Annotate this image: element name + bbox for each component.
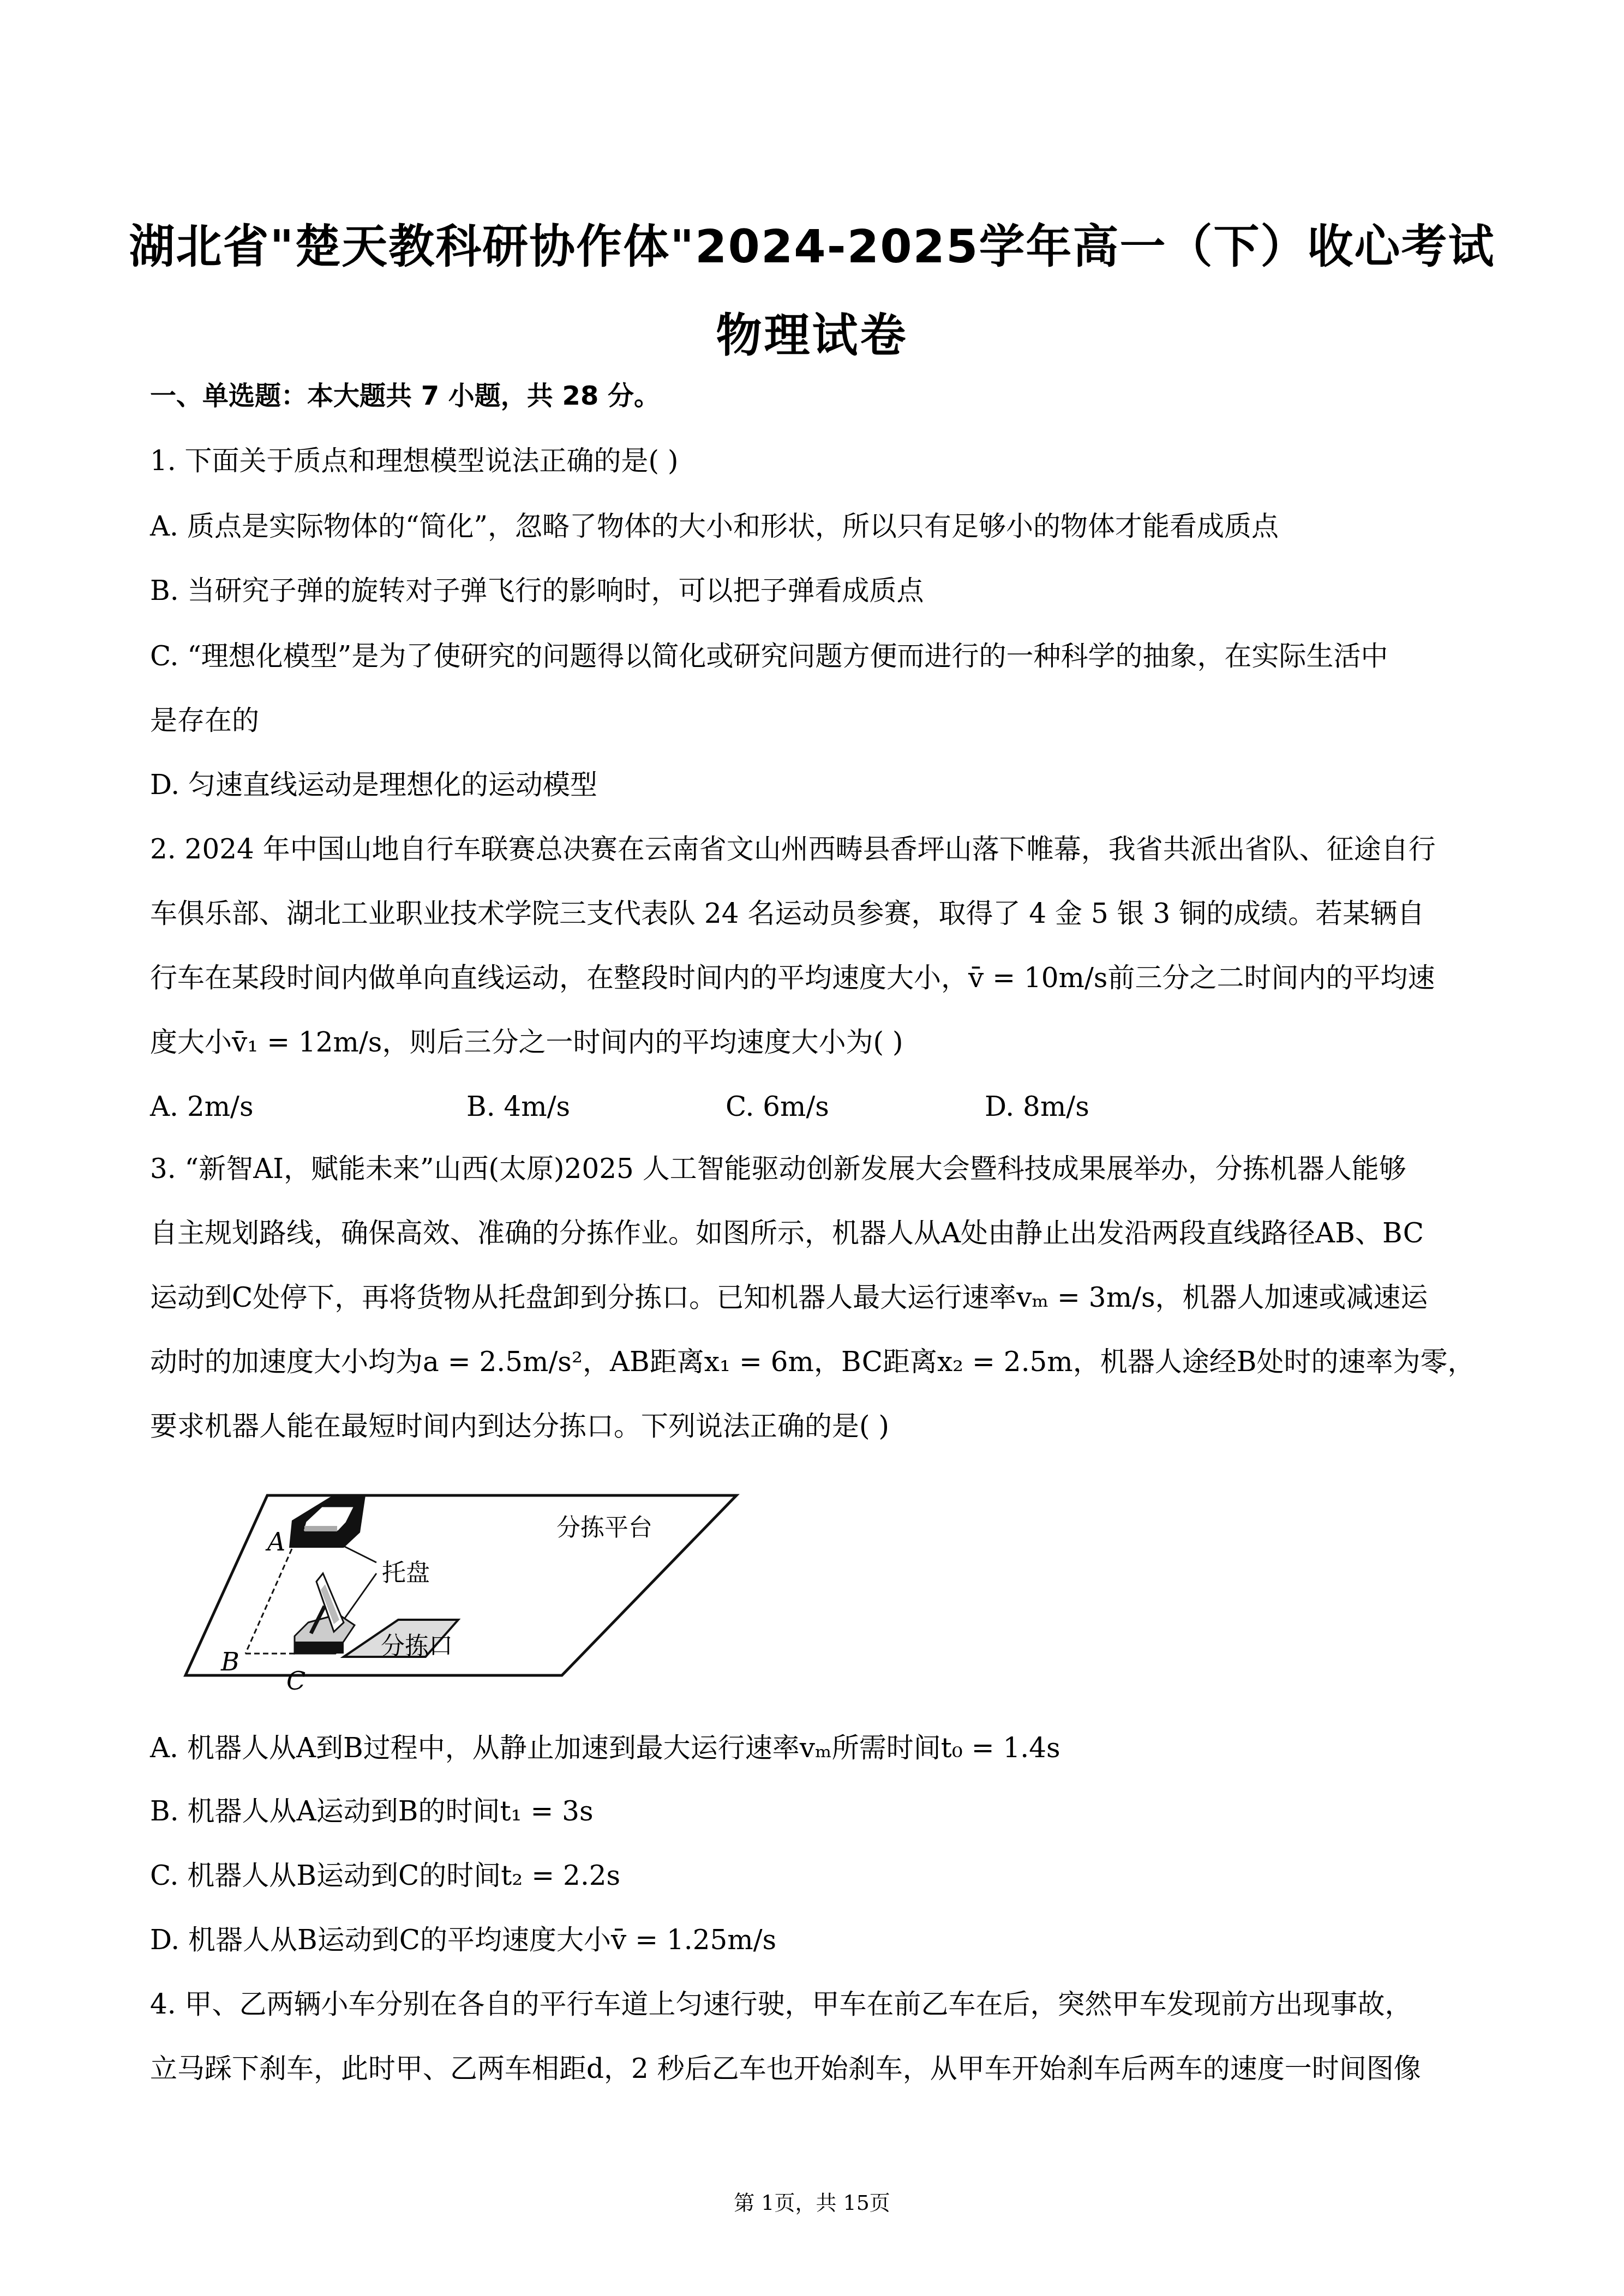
question-2-stem-line-4: 度大小v̄₁ = 12m/s，则后三分之一时间内的平均速度大小为( ): [150, 1029, 903, 1056]
question-2-option-c: C. 6m/s: [726, 1091, 829, 1122]
question-1-option-c-cont: 是存在的: [150, 707, 259, 734]
page-indicator: 第 1页，共 15页: [0, 2186, 1624, 2216]
question-4-stem-line-2: 立马踩下刹车，此时甲、乙两车相距d，2 秒后乙车也开始刹车，从甲车开始刹车后两车…: [150, 2055, 1421, 2082]
sorting-platform-figure: A B C 分拣平台 托盘 分拣口: [180, 1483, 758, 1691]
question-3-stem-line-2: 自主规划路线，确保高效、准确的分拣作业。如图所示，机器人从A处由静止出发沿两段直…: [150, 1219, 1424, 1247]
point-c-label: C: [286, 1666, 305, 1696]
question-3-stem-line-4: 动时的加速度大小均为a = 2.5m/s²，AB距离x₁ = 6m，BC距离x₂…: [150, 1348, 1475, 1375]
question-2-stem-line-1: 2. 2024 年中国山地自行车联赛总决赛在云南省文山州西畴县香坪山落下帷幕，我…: [150, 836, 1436, 863]
question-3-option-c: C. 机器人从B运动到C的时间t₂ = 2.2s: [150, 1862, 620, 1889]
exam-title: 湖北省"楚天教科研协作体"2024-2025学年高一（下）收心考试: [0, 210, 1624, 276]
question-3-stem-line-5: 要求机器人能在最短时间内到达分拣口。下列说法正确的是( ): [150, 1413, 889, 1440]
question-2-option-b: B. 4m/s: [466, 1091, 570, 1122]
question-3-stem-line-1: 3. “新智AI，赋能未来”山西(太原)2025 人工智能驱动创新发展大会暨科技…: [150, 1155, 1406, 1182]
tray-label: 托盘: [382, 1553, 430, 1588]
question-3-option-b: B. 机器人从A运动到B的时间t₁ = 3s: [150, 1798, 594, 1825]
outlet-label: 分拣口: [381, 1626, 453, 1661]
section-heading: 一、单选题：本大题共 7 小题，共 28 分。: [150, 383, 660, 409]
exam-page: 湖北省"楚天教科研协作体"2024-2025学年高一（下）收心考试 物理试卷 一…: [0, 0, 1624, 2296]
question-3-option-a: A. 机器人从A到B过程中，从静止加速到最大运行速率vₘ所需时间t₀ = 1.4…: [150, 1734, 1060, 1762]
question-2-stem-line-3: 行车在某段时间内做单向直线运动，在整段时间内的平均速度大小，v̄ = 10m/s…: [150, 964, 1435, 991]
point-b-label: B: [221, 1647, 239, 1676]
question-3-option-d: D. 机器人从B运动到C的平均速度大小v̄ = 1.25m/s: [150, 1926, 776, 1954]
question-2-stem-line-2: 车俱乐部、湖北工业职业技术学院三支代表队 24 名运动员参赛，取得了 4 金 5…: [150, 900, 1424, 927]
question-1-option-c: C. “理想化模型”是为了使研究的问题得以简化或研究问题方便而进行的一种科学的抽…: [150, 642, 1388, 670]
question-4-stem-line-1: 4. 甲、乙两辆小车分别在各自的平行车道上匀速行驶，甲车在前乙车在后，突然甲车发…: [150, 1991, 1412, 2018]
question-1-option-d: D. 匀速直线运动是理想化的运动模型: [150, 771, 597, 798]
exam-subject: 物理试卷: [0, 299, 1624, 365]
question-1-stem: 1. 下面关于质点和理想模型说法正确的是( ): [150, 447, 679, 474]
question-2-option-a: A. 2m/s: [150, 1091, 254, 1122]
point-a-label: A: [267, 1527, 285, 1556]
question-1-option-b: B. 当研究子弹的旋转对子弹飞行的影响时，可以把子弹看成质点: [150, 577, 924, 604]
question-2-option-d: D. 8m/s: [985, 1091, 1089, 1122]
platform-label: 分拣平台: [556, 1508, 652, 1543]
question-1-option-a: A. 质点是实际物体的“简化”，忽略了物体的大小和形状，所以只有足够小的物体才能…: [150, 513, 1279, 540]
question-3-stem-line-3: 运动到C处停下，再将货物从托盘卸到分拣口。已知机器人最大运行速率vₘ = 3m/…: [150, 1284, 1428, 1311]
